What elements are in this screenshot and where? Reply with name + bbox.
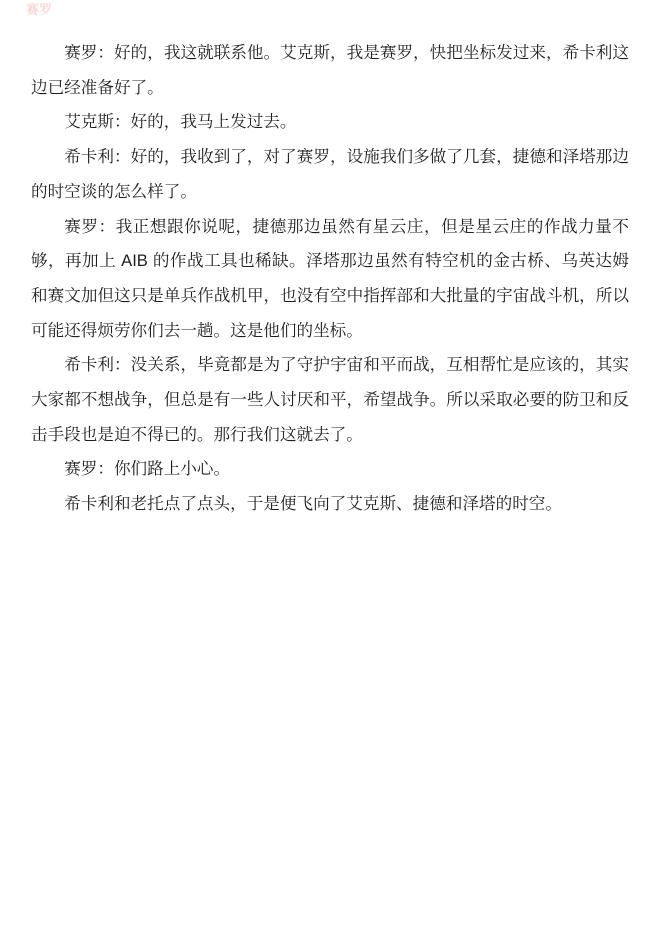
dialogue-paragraph-x: 艾克斯：好的，我马上发过去。 <box>31 105 629 140</box>
dialogue-paragraph-hikari-2: 希卡利：没关系，毕竟都是为了守护宇宙和平而战，互相帮忙是应该的，其实大家都不想战… <box>31 348 629 452</box>
dialogue-paragraph-zero-3: 赛罗：你们路上小心。 <box>31 452 629 487</box>
dialogue-paragraph-zero-1: 赛罗：好的，我这就联系他。艾克斯，我是赛罗，快把坐标发过来，希卡利这边已经准备好… <box>31 36 629 105</box>
story-text-body: 赛罗：好的，我这就联系他。艾克斯，我是赛罗，快把坐标发过来，希卡利这边已经准备好… <box>0 0 660 522</box>
dialogue-paragraph-hikari-1: 希卡利：好的，我收到了，对了赛罗，设施我们多做了几套，捷德和泽塔那边的时空谈的怎… <box>31 140 629 209</box>
document-page: 赛罗 赛罗：好的，我这就联系他。艾克斯，我是赛罗，快把坐标发过来，希卡利这边已经… <box>0 0 660 933</box>
dialogue-paragraph-zero-2: 赛罗：我正想跟你说呢，捷德那边虽然有星云庄，但是星云庄的作战力量不够，再加上 A… <box>31 210 629 349</box>
narration-paragraph: 希卡利和老托点了点头，于是便飞向了艾克斯、捷德和泽塔的时空。 <box>31 487 629 522</box>
